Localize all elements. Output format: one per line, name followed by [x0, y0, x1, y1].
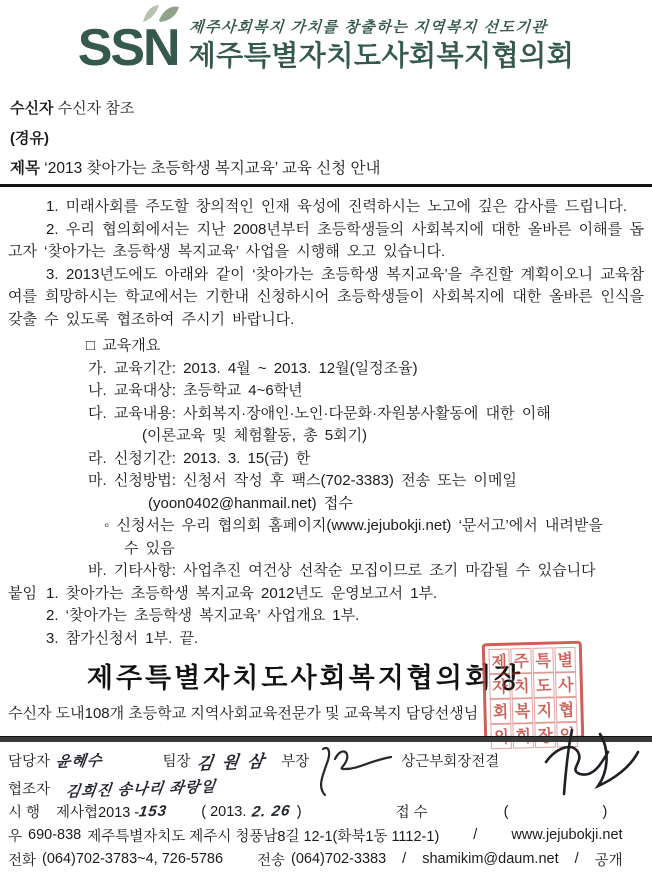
fax-number: (064)702-3383	[291, 851, 386, 867]
phone-number: (064)702-3783~4, 726-5786	[42, 851, 223, 867]
seal-character: 협	[556, 697, 578, 723]
overview-item-period: 가. 교육기간: 2013. 4월 ~ 2013. 12월(일정조율)	[88, 358, 644, 381]
cooperator-label: 협조자	[8, 778, 50, 799]
header-divider	[0, 184, 652, 187]
attachments: 붙임 1. 찾아가는 초등학생 복지교육 2012년도 운영보고서 1부. 2.…	[8, 583, 644, 651]
team-leader-label: 팀장	[163, 750, 191, 771]
execution-date-open: ( 2013.	[201, 804, 246, 820]
team-leader-signature: 김 원 삼	[195, 746, 267, 773]
overview-heading: □ 교육개요	[86, 335, 644, 358]
overview-download-note-cont: 수 있음	[124, 538, 644, 561]
postal-label: 우	[8, 825, 22, 846]
doc-number-handwritten: 153	[138, 803, 168, 821]
overview-item-apply-period: 라. 신청기간: 2013. 3. 15(금) 한	[88, 448, 644, 471]
disclosure-text: 공개	[595, 849, 623, 870]
doc-number: 제사협2013 -	[56, 801, 139, 822]
via-line: (경유)	[10, 128, 642, 149]
subject-value: ‘2013 찾아가는 초등학생 복지교육’ 교육 신청 안내	[44, 160, 380, 177]
seal-character: 도	[533, 672, 555, 698]
contact-separator-1: /	[402, 851, 406, 867]
director-signature-scribble	[315, 743, 395, 777]
seal-character: 복	[512, 698, 534, 724]
postal-code: 690-838	[28, 827, 81, 843]
seal-character: 특	[532, 647, 554, 673]
seal-character: 제	[488, 648, 510, 674]
email-text: shamikim@daum.net	[422, 851, 558, 867]
subject-label: 제목	[10, 160, 40, 177]
seal-character: 주	[510, 648, 532, 674]
overview-item-etc: 바. 기타사항: 사업추진 여건상 선착순 모집이므로 조기 마감될 수 있습니…	[88, 560, 644, 583]
execution-label: 시 행	[8, 801, 40, 822]
cooperator-row: 협조자 김희진 송나리 좌랑일	[8, 776, 644, 800]
address-text: 제주특별자치도 제주시 청풍남8길 12-1(화북1동 1112-1)	[87, 825, 439, 846]
official-seal-stamp: 제주특별자치도사회복지협의회장인	[482, 641, 585, 742]
contact-row: 전화 (064)702-3783~4, 726-5786 전송 (064)702…	[8, 847, 644, 871]
body-paragraph-2: 2. 우리 협의회에서는 지난 2008년부터 초등학생들의 사회복지에 대한 …	[8, 219, 644, 264]
execution-date-handwritten: 2. 26	[251, 802, 292, 820]
cooperator-signatures: 김희진 송나리 좌랑일	[64, 775, 217, 801]
document-body: 1. 미래사회를 주도할 창의적인 인재 육성에 진력하시는 노고에 깊은 감사…	[8, 196, 644, 650]
overview-item-content: 다. 교육내용: 사회복지·장애인·노인·다문화·자원봉사활동에 대한 이해	[88, 403, 644, 426]
receipt-label: 접 수	[396, 801, 428, 822]
execution-date-close: )	[297, 804, 302, 820]
recipients-line: 수신자 도내108개 초등학교 지역사회교육전문가 및 교육복지 담당선생님	[8, 704, 488, 724]
recipient-value: 수신자 참조	[58, 100, 135, 117]
website-text: www.jejubokji.net	[511, 827, 622, 843]
signature-row: 담당자 윤혜수 팀장 김 원 삼 부장 상근부회장전결	[8, 744, 644, 776]
address-separator: /	[473, 827, 477, 843]
seal-character: 별	[554, 647, 576, 673]
drafter-label: 담당자	[8, 750, 50, 771]
leaf-icon	[137, 2, 181, 31]
contact-separator-2: /	[575, 851, 579, 867]
phone-label: 전화	[8, 849, 36, 870]
drafter-signature: 윤혜수	[55, 749, 104, 772]
address-row: 우 690-838 제주특별자치도 제주시 청풍남8길 12-1(화북1동 11…	[8, 823, 644, 847]
recipient-label: 수신자	[10, 100, 53, 117]
seal-character: 지	[534, 697, 556, 723]
document-meta: 수신자 수신자 참조 (경유) 제목 ‘2013 찾아가는 초등학생 복지교육’…	[10, 98, 642, 188]
seal-character: 자	[489, 673, 511, 699]
fax-label: 전송	[257, 849, 285, 870]
overview-item-target: 나. 교육대상: 초등학교 4~6학년	[88, 380, 644, 403]
overview-item-apply-method: 마. 신청방법: 신청서 작성 후 팩스(702-3383) 전송 또는 이메일	[88, 470, 644, 493]
director-label: 부장	[281, 750, 309, 771]
execution-row: 시 행 제사협2013 - 153 ( 2013. 2. 26 ) 접 수 ( …	[8, 800, 644, 823]
scanned-official-document: SSN 제주사회복지 가치를 창출하는 지역복지 선도기관 제주특별자치도사회복…	[0, 0, 652, 876]
attachments-label: 붙임	[8, 583, 46, 651]
seal-character: 회	[490, 698, 512, 724]
overview-item-apply-method-cont: (yoon0402@hanmail.net) 접수	[148, 493, 644, 516]
receipt-paren-open: (	[504, 804, 509, 820]
org-name: 제주특별자치도사회복지협의회	[189, 41, 575, 72]
overview-item-content-cont: (이론교육 및 체험활동, 총 5회기)	[142, 425, 644, 448]
attachment-2: 2. ‘찾아가는 초등학생 복지교육’ 사업개요 1부.	[46, 605, 644, 628]
overview-download-note: ◦ 신청서는 우리 협의회 홈페이지(www.jejubokji.net) ‘문…	[104, 515, 644, 538]
body-paragraph-1: 1. 미래사회를 주도할 창의적인 인재 육성에 진력하시는 노고에 깊은 감사…	[8, 196, 644, 219]
attachment-1: 1. 찾아가는 초등학생 복지교육 2012년도 운영보고서 1부.	[46, 583, 644, 606]
document-footer: 담당자 윤혜수 팀장 김 원 삼 부장 상근부회장전결 협조자	[8, 744, 644, 871]
body-paragraph-3: 3. 2013년도에도 아래와 같이 ‘찾아가는 초등학생 복지교육’을 추진할…	[8, 264, 644, 332]
recipient-line: 수신자 수신자 참조	[10, 98, 642, 119]
letterhead: SSN 제주사회복지 가치를 창출하는 지역복지 선도기관 제주특별자치도사회복…	[0, 8, 652, 74]
ssn-logo: SSN	[78, 8, 179, 74]
approval-label: 상근부회장전결	[401, 750, 499, 771]
org-slogan: 제주사회복지 가치를 창출하는 지역복지 선도기관	[188, 16, 548, 37]
seal-character: 사	[555, 672, 577, 698]
seal-character: 치	[511, 673, 533, 699]
subject-line: 제목 ‘2013 찾아가는 초등학생 복지교육’ 교육 신청 안내	[10, 158, 642, 179]
receipt-paren-close: )	[602, 804, 607, 820]
